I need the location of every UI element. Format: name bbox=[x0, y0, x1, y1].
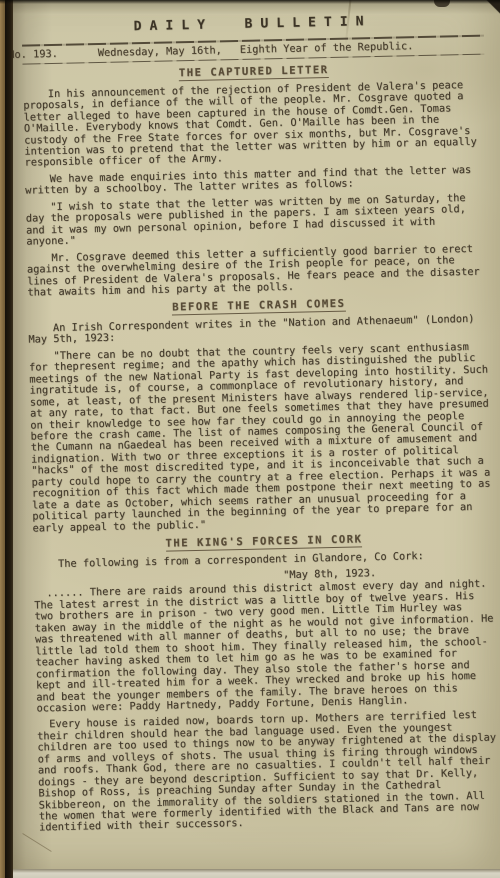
articles: THE CAPTURED LETTERIn his announcement o… bbox=[23, 62, 500, 835]
article-paragraph: In his announcement of the rejection of … bbox=[23, 79, 487, 169]
article: BEFORE THE CRASH COMESAn Irish Correspon… bbox=[28, 296, 495, 535]
book-gutter-shadow bbox=[5, 0, 13, 878]
article-heading-text: THE KING'S FORCES IN CORK bbox=[165, 533, 362, 551]
article-paragraph: Mr. Cosgrave deemed this letter a suffic… bbox=[27, 243, 490, 299]
issue-number: No. 193. bbox=[8, 49, 58, 62]
article-paragraph: Every house is raided now, boards torn u… bbox=[37, 710, 500, 835]
article-paragraph: "I wish to state that the letter was wri… bbox=[25, 192, 488, 248]
article-heading-text: THE CAPTURED LETTER bbox=[179, 64, 329, 81]
next-page-edge bbox=[4, 869, 500, 878]
issue-date: Wednesday, May 16th, bbox=[98, 46, 222, 60]
bulletin-masthead-title: DAILY BULLETIN bbox=[22, 14, 484, 36]
article: THE CAPTURED LETTERIn his announcement o… bbox=[23, 62, 490, 299]
scanned-paper-page: DAILY BULLETIN No. 193. Wednesday, May 1… bbox=[4, 0, 500, 878]
article-paragraph: "There can be no doubt that the country … bbox=[29, 341, 495, 534]
document-content: DAILY BULLETIN No. 193. Wednesday, May 1… bbox=[21, 6, 500, 840]
issue-year: Eighth Year of the Republic. bbox=[240, 42, 414, 57]
article: THE KING'S FORCES IN CORKThe following i… bbox=[33, 532, 500, 835]
article-paragraph: ...... There are raids around this distr… bbox=[34, 579, 499, 715]
top-edge-shadow bbox=[0, 0, 500, 4]
article-heading-text: BEFORE THE CRASH COMES bbox=[172, 298, 346, 316]
